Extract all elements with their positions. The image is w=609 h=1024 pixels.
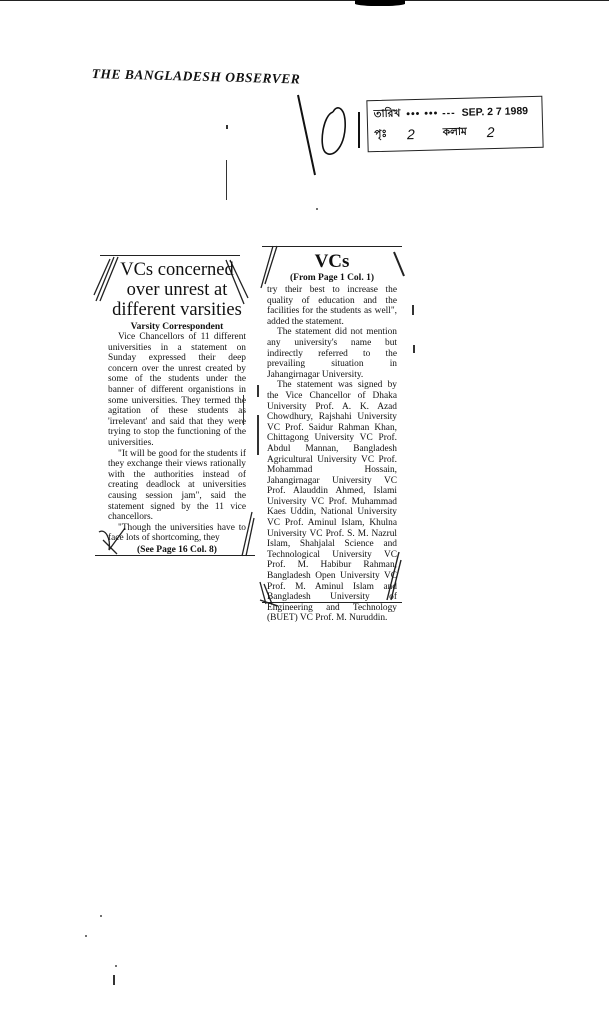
scan-blot (355, 0, 405, 6)
stamp-date-value: SEP. 2 7 1989 (462, 105, 529, 119)
article-body: try their best to increase the quality o… (267, 285, 397, 624)
article-vcs-concerned: VCs concerned over unrest at different v… (108, 260, 246, 555)
stamp-page-row: পৃঃ 2 কলাম 2 (374, 121, 536, 145)
stamp-date-label: তারিখ (374, 106, 401, 124)
scan-mark (226, 125, 228, 129)
stamp-column-label: কলাম (443, 124, 467, 142)
article-paragraph: "It will be good for the students if the… (108, 449, 246, 523)
article-paragraph: The statement was signed by the Vice Cha… (267, 380, 397, 624)
article-vcs-continued: VCs (From Page 1 Col. 1) try their best … (267, 252, 397, 624)
article-paragraph: Vice Chancellors of 11 different univers… (108, 332, 246, 449)
article-paragraph: The statement did not mention any univer… (267, 327, 397, 380)
scan-speck (316, 208, 318, 210)
scan-mark (257, 415, 259, 455)
scan-speck (85, 935, 87, 937)
article-paragraph: "Though the universities have to face lo… (108, 523, 246, 544)
continuation-jump: (See Page 16 Col. 8) (108, 545, 246, 555)
newspaper-masthead: THE BANGLADESH OBSERVER (92, 66, 301, 87)
article-title: VCs (267, 252, 397, 272)
article-paragraph: try their best to increase the quality o… (267, 285, 397, 327)
scan-speck (115, 965, 117, 967)
article-headline: VCs concerned over unrest at different v… (108, 260, 246, 320)
continued-from: (From Page 1 Col. 1) (267, 273, 397, 283)
stamp-date-dots: ••• ••• --- (406, 107, 456, 120)
scan-mark (226, 160, 227, 200)
stamp-page-label: পৃঃ (374, 126, 387, 143)
clip-right-top-rule (262, 246, 402, 247)
stamp-page-value: 2 (407, 126, 415, 142)
clipping-date-stamp: তারিখ ••• ••• --- SEP. 2 7 1989 পৃঃ 2 কল… (366, 96, 543, 153)
article-body: Vice Chancellors of 11 different univers… (108, 332, 246, 544)
scan-mark (113, 975, 115, 985)
stamp-column-value: 2 (487, 124, 495, 140)
scan-mark (243, 395, 244, 425)
article-byline: Varsity Correspondent (108, 322, 246, 332)
scan-mark (413, 345, 415, 353)
scan-mark (412, 305, 414, 315)
scan-top-edge (0, 0, 609, 1)
handwritten-page-mark (295, 90, 365, 190)
scan-mark (257, 385, 259, 397)
scan-speck (100, 915, 102, 917)
